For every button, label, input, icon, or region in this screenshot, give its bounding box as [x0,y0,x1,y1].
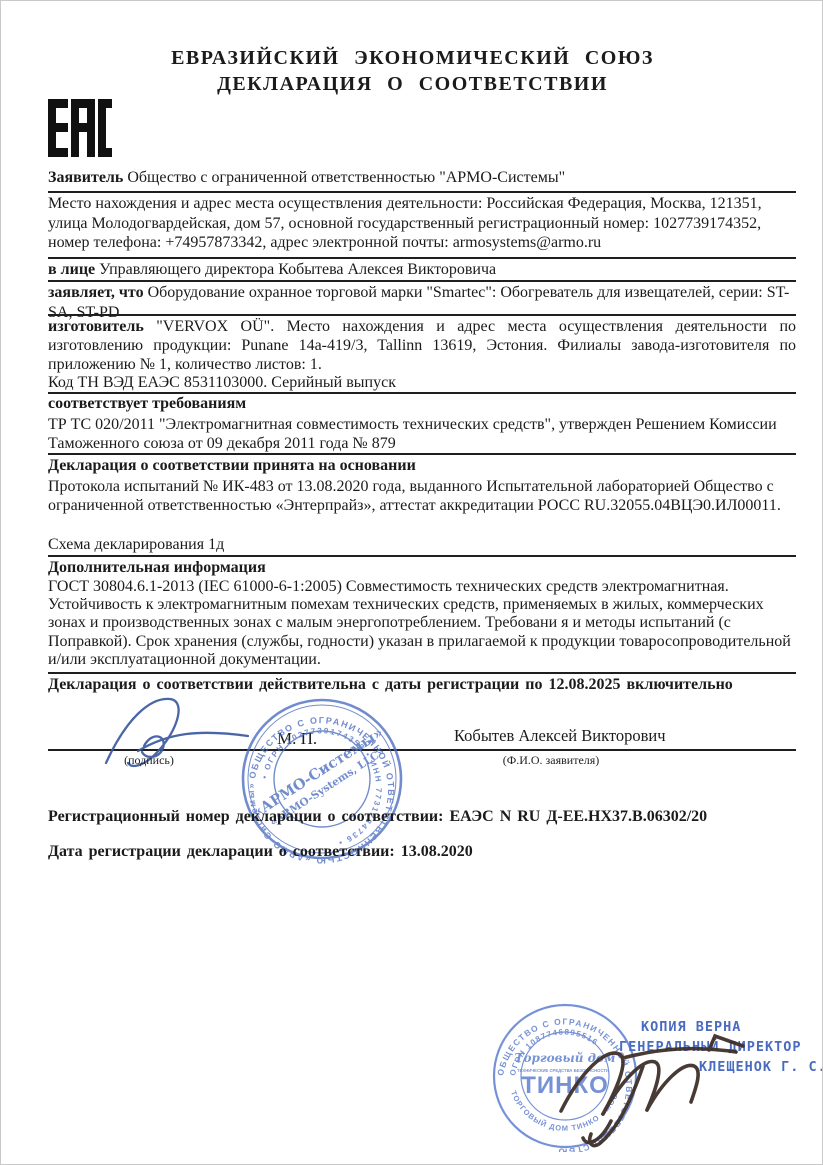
divider [48,314,796,316]
applicant-address: Место нахождения и адрес места осуществл… [48,194,796,253]
divider [48,280,796,282]
applicant-name: Кобытев Алексей Викторович [454,726,666,746]
divider [48,257,796,259]
divider [48,672,796,674]
page-title-line1: ЕВРАЗИЙСКИЙ ЭКОНОМИЧЕСКИЙ СОЮЗ [1,47,823,70]
applicant-row: Заявитель Общество с ограниченной ответс… [48,168,796,188]
applicant-value: Общество с ограниченной ответственностью… [127,169,565,186]
manufacturer-row: изготовитель "VERVOX OÜ". Место нахожден… [48,317,796,374]
divider [48,555,796,557]
divider [48,453,796,455]
tnved-line: Код ТН ВЭД ЕАЭС 8531103000. Серийный вып… [48,373,796,393]
page-title-line2: ДЕКЛАРАЦИЯ О СООТВЕТСТВИИ [1,73,823,96]
declaration-document: ЕВРАЗИЙСКИЙ ЭКОНОМИЧЕСКИЙ СОЮЗ ДЕКЛАРАЦИ… [0,0,823,1165]
registration-number-line: Регистрационный номер декларации о соотв… [48,807,796,827]
in-person-label: в лице [48,261,95,278]
divider [48,191,796,193]
complies-text: ТР ТС 020/2011 "Электромагнитная совмест… [48,415,796,453]
director-signature [531,1026,801,1156]
basis-heading: Декларация о соответствии принята на осн… [48,456,796,476]
manufacturer-label: изготовитель [48,318,144,335]
eac-logo-icon [48,99,112,162]
in-person-value: Управляющего директора Кобытева Алексея … [99,261,496,278]
additional-text: ГОСТ 30804.6.1-2013 (IEC 61000-6-1:2005)… [48,578,796,669]
registration-date-line: Дата регистрации декларации о соответств… [48,842,796,862]
declares-label: заявляет, что [48,284,144,301]
manufacturer-value: "VERVOX OÜ". Место нахождения и адрес ме… [48,318,796,373]
in-person-row: в лице Управляющего директора Кобытева А… [48,260,796,280]
complies-heading: соответствует требованиям [48,394,796,414]
additional-heading: Дополнительная информация [48,558,796,578]
basis-text: Протокола испытаний № ИК-483 от 13.08.20… [48,477,796,515]
name-caption: (Ф.И.О. заявителя) [431,753,671,768]
scheme-line: Схема декларирования 1д [48,535,796,555]
applicant-label: Заявитель [48,169,123,186]
signature-caption: (подпись) [99,753,199,768]
